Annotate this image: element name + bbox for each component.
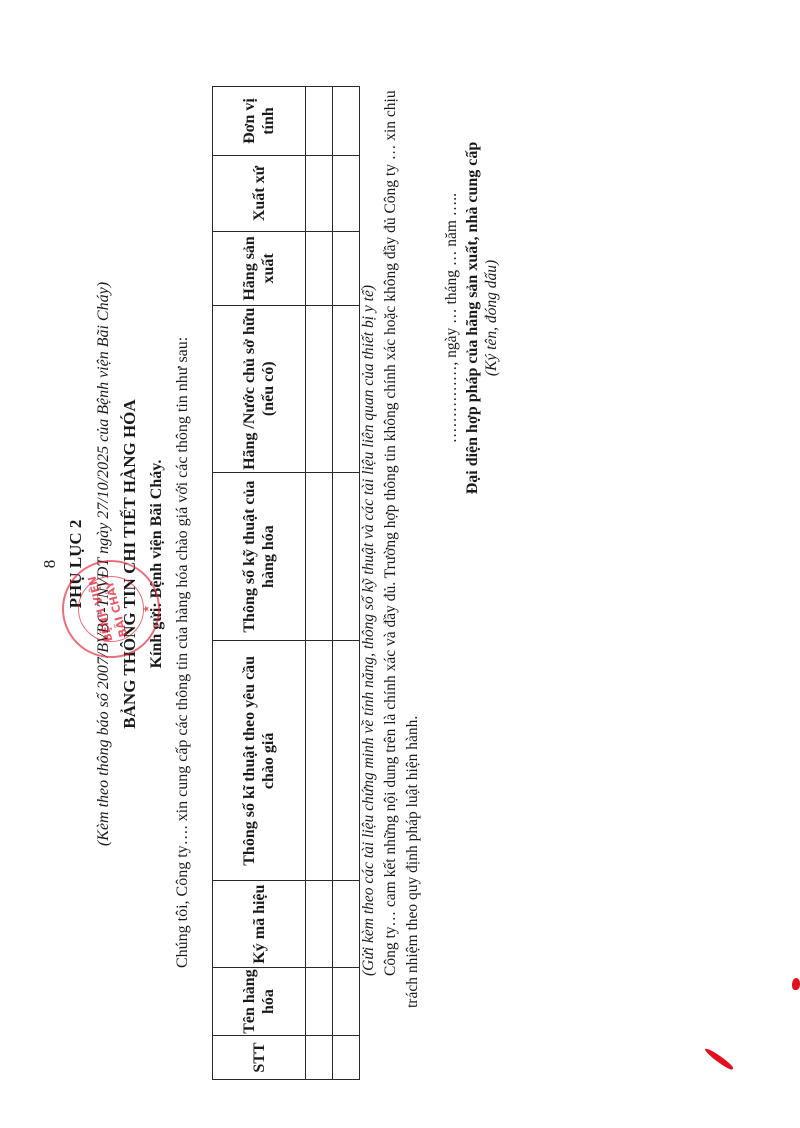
table-row [306,87,333,1080]
commitment-line-2: trách nhiệm theo quy định pháp luật hiện… [404,716,422,1008]
table-cell [306,968,333,1036]
table-cell [333,1036,360,1080]
table-cell [333,641,360,881]
table-cell [306,156,333,232]
header-thong-so-hang-hoa: Thông số kỹ thuật của hàng hóa [213,472,306,641]
table-cell [333,231,360,305]
table-cell [333,156,360,232]
attachment-note: (Gửi kèm theo các tài liệu chứng minh về… [360,285,378,976]
date-line: ……………, ngày … tháng … năm ….. [443,108,461,528]
red-ink-mark-edge [792,978,800,990]
commitment-line-1: Công ty… cam kết những nội dung trên là … [382,90,400,976]
table-cell [333,968,360,1036]
document-page: 8 PHỤ LỤC 2 (Kèm theo thông báo số 2007/… [0,0,800,1128]
table-cell [306,1036,333,1080]
goods-detail-table: STT Tên hàng hóa Ký mã hiệu Thông số kĩ … [212,86,360,1080]
header-thong-so-yeu-cau: Thông số kĩ thuật theo yêu cầu chào giá [213,641,306,881]
page-number: 8 [40,0,60,1128]
header-hang-san-xuat: Hãng sản xuất [213,231,306,305]
table-cell [306,881,333,968]
sign-note: (Ký tên, đóng dấu) [483,108,501,528]
table-row [333,87,360,1080]
header-stt: STT [213,1036,306,1080]
signer-title: Đại diện hợp pháp của hãng sản xuất, nhà… [464,108,482,528]
stamp-star-icon: ★ [142,562,152,656]
table-cell [333,87,360,156]
table-cell [333,305,360,472]
hospital-stamp: BỆNH VIỆN BÃI CHÁY ★ [62,560,160,658]
table-cell [333,472,360,641]
header-xuat-xu: Xuất xứ [213,156,306,232]
table-cell [306,231,333,305]
table-cell [333,881,360,968]
header-ky-ma-hieu: Ký mã hiệu [213,881,306,968]
red-ink-mark [703,1047,734,1071]
table-cell [306,87,333,156]
header-ten-hang-hoa: Tên hàng hóa [213,968,306,1036]
table-cell [306,472,333,641]
table-cell [306,305,333,472]
intro-paragraph: Chúng tôi, Công ty…. xin cung cấp các th… [174,337,192,968]
table-header-row: STT Tên hàng hóa Ký mã hiệu Thông số kĩ … [213,87,306,1080]
header-hang-nuoc-chu-so-huu: Hãng /Nước chủ sở hữu (nếu có) [213,305,306,472]
table-cell [306,641,333,881]
header-don-vi-tinh: Đơn vị tính [213,87,306,156]
